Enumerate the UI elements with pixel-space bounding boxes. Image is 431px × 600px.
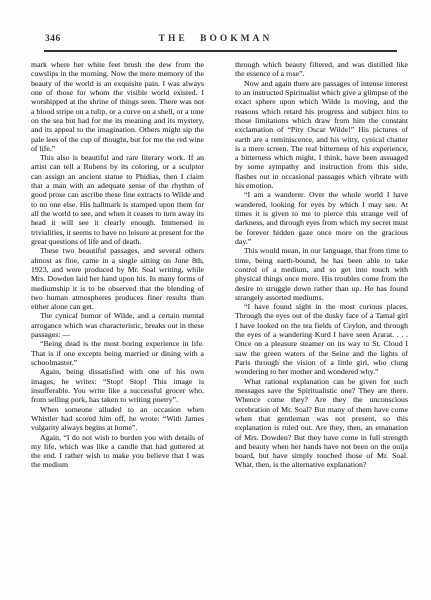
- right-column: through which beauty filtered, and was d…: [235, 60, 408, 470]
- paragraph: These two beautiful passages, and severa…: [31, 246, 204, 311]
- paragraph: This would mean, in our language, that f…: [235, 246, 408, 302]
- running-head: 346 THE BOOKMAN: [0, 34, 431, 48]
- paragraph: mark where her white feet brush the dew …: [31, 60, 204, 153]
- journal-title: THE BOOKMAN: [0, 34, 431, 44]
- header-rule: [44, 50, 397, 52]
- paragraph: “I have found sight in the most curious …: [235, 302, 408, 377]
- paragraph: Again, being dissatisfied with one of hi…: [31, 367, 204, 404]
- paragraph: Now and again there are passages of inte…: [235, 79, 408, 191]
- text-columns: mark where her white feet brush the dew …: [31, 60, 408, 470]
- paragraph: “Being dead is the most boring experienc…: [31, 339, 204, 367]
- paragraph: “I am a wanderer. Over the whole world I…: [235, 190, 408, 246]
- left-column: mark where her white feet brush the dew …: [31, 60, 204, 470]
- paragraph: through which beauty filtered, and was d…: [235, 60, 408, 79]
- paragraph: When someone alluded to an occasion when…: [31, 405, 204, 433]
- paragraph: Again, “I do not wish to burden you with…: [31, 433, 204, 470]
- paragraph: What rational explanation can be given f…: [235, 377, 408, 470]
- paragraph: This also is beautiful and rare literary…: [31, 153, 204, 246]
- paragraph: The cynical humor of Wilde, and a certai…: [31, 311, 204, 339]
- book-page-scan: 346 THE BOOKMAN mark where her white fee…: [0, 0, 431, 600]
